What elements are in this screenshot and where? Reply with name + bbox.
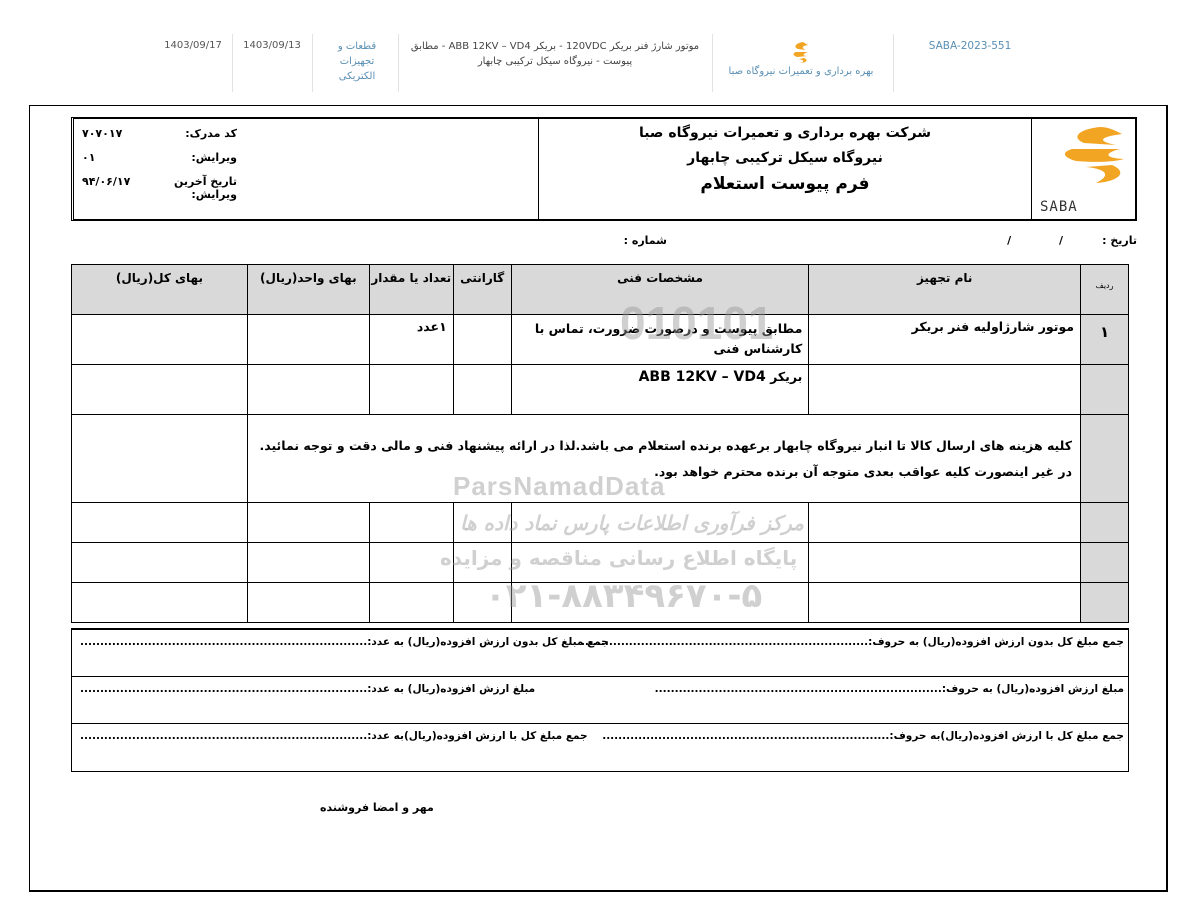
vat-amount-number[interactable]: مبلغ ارزش افزوده(ریال) به عدد:..........… (80, 683, 535, 695)
number-label: شماره : (624, 234, 667, 247)
label: جمع مبلغ کل با ارزش افزوده(ریال)به عدد: (367, 730, 587, 742)
row-number: ۱ (1081, 315, 1129, 365)
technical-spec: مطابق پیوست و درصورت ضرورت، تماس با کارش… (511, 315, 809, 365)
total-without-vat-words[interactable]: جمع مبلغ کل بدون ارزش افزوده(ریال) به حر… (581, 636, 1124, 648)
warranty-cell[interactable] (453, 315, 511, 365)
technical-spec[interactable] (511, 543, 809, 583)
technical-spec[interactable] (511, 583, 809, 623)
fill-line: ........................................… (80, 636, 367, 648)
unit-price-cell[interactable] (247, 583, 369, 623)
label: جمع مبلغ کل بدون ارزش افزوده(ریال) به عد… (367, 636, 609, 648)
fill-line: ........................................… (655, 683, 942, 695)
table-row (72, 543, 1129, 583)
logo-text: SABA (1040, 199, 1078, 215)
fill-line: ........................................… (602, 730, 889, 742)
unit-price-cell[interactable] (247, 315, 369, 365)
company-name: شرکت بهره برداری و تعمیرات نیروگاه صبا (539, 125, 1031, 141)
start-date: 1403/09/13 (240, 40, 304, 98)
inquiry-document: کد مدرک: ۷۰۷۰۱۷ ویرایش: ۰۱ تاریخ آخرین و… (29, 105, 1168, 892)
total-price-cell[interactable] (72, 365, 248, 415)
last-edit-value: ۹۴/۰۶/۱۷ (82, 175, 130, 201)
quantity-cell: ۱عدد (369, 315, 453, 365)
revision-label: ویرایش: (191, 151, 237, 164)
total-price-cell[interactable] (72, 415, 248, 503)
col-name: نام تجهیز (809, 265, 1081, 315)
row-number (1081, 583, 1129, 623)
doc-code-row: کد مدرک: ۷۰۷۰۱۷ (82, 127, 237, 140)
col-unit-price: بهای واحد(ریال) (247, 265, 369, 315)
row-number (1081, 503, 1129, 543)
total-price-cell[interactable] (72, 543, 248, 583)
note-row: کلیه هزینه های ارسال کالا تا انبار نیروگ… (72, 415, 1129, 503)
total-price-cell[interactable] (72, 315, 248, 365)
unit-price-cell[interactable] (247, 365, 369, 415)
equipment-name[interactable] (809, 543, 1081, 583)
equipment-name[interactable] (809, 583, 1081, 623)
table-header-row: ردیف نام تجهیز مشخصات فنی گارانتی تعداد … (72, 265, 1129, 315)
divider (893, 34, 894, 92)
last-edit-label: تاریخ آخرین ویرایش: (130, 175, 237, 201)
label: جمع مبلغ کل بدون ارزش افزوده(ریال) به حر… (868, 636, 1124, 648)
label: جمع مبلغ کل با ارزش افزوده(ریال)به حروف: (889, 730, 1124, 742)
quantity-cell[interactable] (369, 503, 453, 543)
total-with-vat-row: جمع مبلغ کل با ارزش افزوده(ریال)به حروف:… (72, 724, 1128, 771)
quantity-cell[interactable] (369, 365, 453, 415)
col-warranty: گارانتی (453, 265, 511, 315)
col-qty: تعداد یا مقدار (369, 265, 453, 315)
form-title: فرم پیوست استعلام (539, 174, 1031, 194)
total-with-vat-number[interactable]: جمع مبلغ کل با ارزش افزوده(ریال)به عدد:.… (80, 730, 588, 742)
vat-amount-row: مبلغ ارزش افزوده(ریال) به حروف:.........… (72, 677, 1128, 724)
plant-name: نیروگاه سیکل ترکیبی چابهار (539, 150, 1031, 166)
divider (232, 34, 233, 92)
total-without-vat-number[interactable]: جمع مبلغ کل بدون ارزش افزوده(ریال) به عد… (80, 636, 609, 648)
unit-price-cell[interactable] (247, 503, 369, 543)
document-meta: کد مدرک: ۷۰۷۰۱۷ ویرایش: ۰۱ تاریخ آخرین و… (74, 119, 538, 219)
doc-code-label: کد مدرک: (185, 127, 237, 140)
category-link[interactable]: قطعات و تجهیزات الکتریکی (322, 39, 392, 97)
technical-spec: بریکر ABB 12KV – VD4 (511, 365, 809, 415)
date-slashes: / / (1007, 234, 1085, 247)
col-radif: ردیف (1081, 265, 1129, 315)
quantity-cell[interactable] (369, 543, 453, 583)
seller-signature-label: مهر و امضا فروشنده (320, 801, 434, 814)
totals-section: جمع مبلغ کل بدون ارزش افزوده(ریال) به حر… (71, 628, 1129, 772)
equipment-name: موتور شارژاولیه فنر بریکر (809, 315, 1081, 365)
divider (398, 34, 399, 92)
listing-strip: 1403/09/17 1403/09/13 قطعات و تجهیزات ال… (0, 30, 1191, 90)
row-number (1081, 365, 1129, 415)
table-row: بریکر ABB 12KV – VD4 (72, 365, 1129, 415)
technical-spec[interactable] (511, 503, 809, 543)
quantity-cell[interactable] (369, 583, 453, 623)
date-number-line: تاریخ : / / شماره : (71, 234, 1137, 254)
warranty-cell[interactable] (453, 583, 511, 623)
saba-logo-icon (788, 40, 814, 64)
organization-link[interactable]: بهره برداری و تعمیرات نیروگاه صبا (712, 36, 890, 94)
saba-logo: SABA (1032, 119, 1135, 219)
unit-price-cell[interactable] (247, 543, 369, 583)
listing-title[interactable]: موتور شارژ فنر بریکر 120VDC - بریکر ABB … (405, 39, 705, 97)
header-titles: شرکت بهره برداری و تعمیرات نیروگاه صبا ن… (538, 119, 1032, 219)
divider (312, 34, 313, 92)
fill-line: ........................................… (581, 636, 868, 648)
row-number (1081, 543, 1129, 583)
shipping-note: کلیه هزینه های ارسال کالا تا انبار نیروگ… (247, 415, 1080, 503)
label: مبلغ ارزش افزوده(ریال) به عدد: (367, 683, 535, 695)
label: مبلغ ارزش افزوده(ریال) به حروف: (942, 683, 1124, 695)
fill-line: ........................................… (80, 730, 367, 742)
warranty-cell[interactable] (453, 543, 511, 583)
total-with-vat-words[interactable]: جمع مبلغ کل با ارزش افزوده(ریال)به حروف:… (602, 730, 1124, 742)
vat-amount-words[interactable]: مبلغ ارزش افزوده(ریال) به حروف:.........… (655, 683, 1124, 695)
organization-name: بهره برداری و تعمیرات نیروگاه صبا (729, 66, 874, 77)
saba-logo-icon (1050, 125, 1138, 189)
fill-line: ........................................… (80, 683, 367, 695)
revision-row: ویرایش: ۰۱ (82, 151, 237, 164)
last-edit-row: تاریخ آخرین ویرایش: ۹۴/۰۶/۱۷ (82, 175, 237, 201)
table-row (72, 583, 1129, 623)
equipment-name (809, 365, 1081, 415)
items-table: ردیف نام تجهیز مشخصات فنی گارانتی تعداد … (71, 264, 1129, 623)
date-label: تاریخ : (1102, 234, 1137, 247)
spec-prefix: بریکر (770, 369, 802, 384)
tender-code: SABA-2023-551 (905, 40, 1035, 98)
total-without-vat-row: جمع مبلغ کل بدون ارزش افزوده(ریال) به حر… (72, 630, 1128, 677)
warranty-cell[interactable] (453, 365, 511, 415)
revision-value: ۰۱ (82, 151, 95, 164)
document-header: کد مدرک: ۷۰۷۰۱۷ ویرایش: ۰۱ تاریخ آخرین و… (71, 117, 1137, 221)
col-total-price: بهای کل(ریال) (72, 265, 248, 315)
end-date: 1403/09/17 (160, 40, 226, 98)
col-spec: مشخصات فنی (511, 265, 809, 315)
doc-code-value: ۷۰۷۰۱۷ (82, 127, 122, 140)
table-row (72, 503, 1129, 543)
row-number (1081, 415, 1129, 503)
equipment-name[interactable] (809, 503, 1081, 543)
warranty-cell[interactable] (453, 503, 511, 543)
spec-model: ABB 12KV – VD4 (639, 369, 766, 385)
total-price-cell[interactable] (72, 583, 248, 623)
total-price-cell[interactable] (72, 503, 248, 543)
table-row: ۱ موتور شارژاولیه فنر بریکر مطابق پیوست … (72, 315, 1129, 365)
